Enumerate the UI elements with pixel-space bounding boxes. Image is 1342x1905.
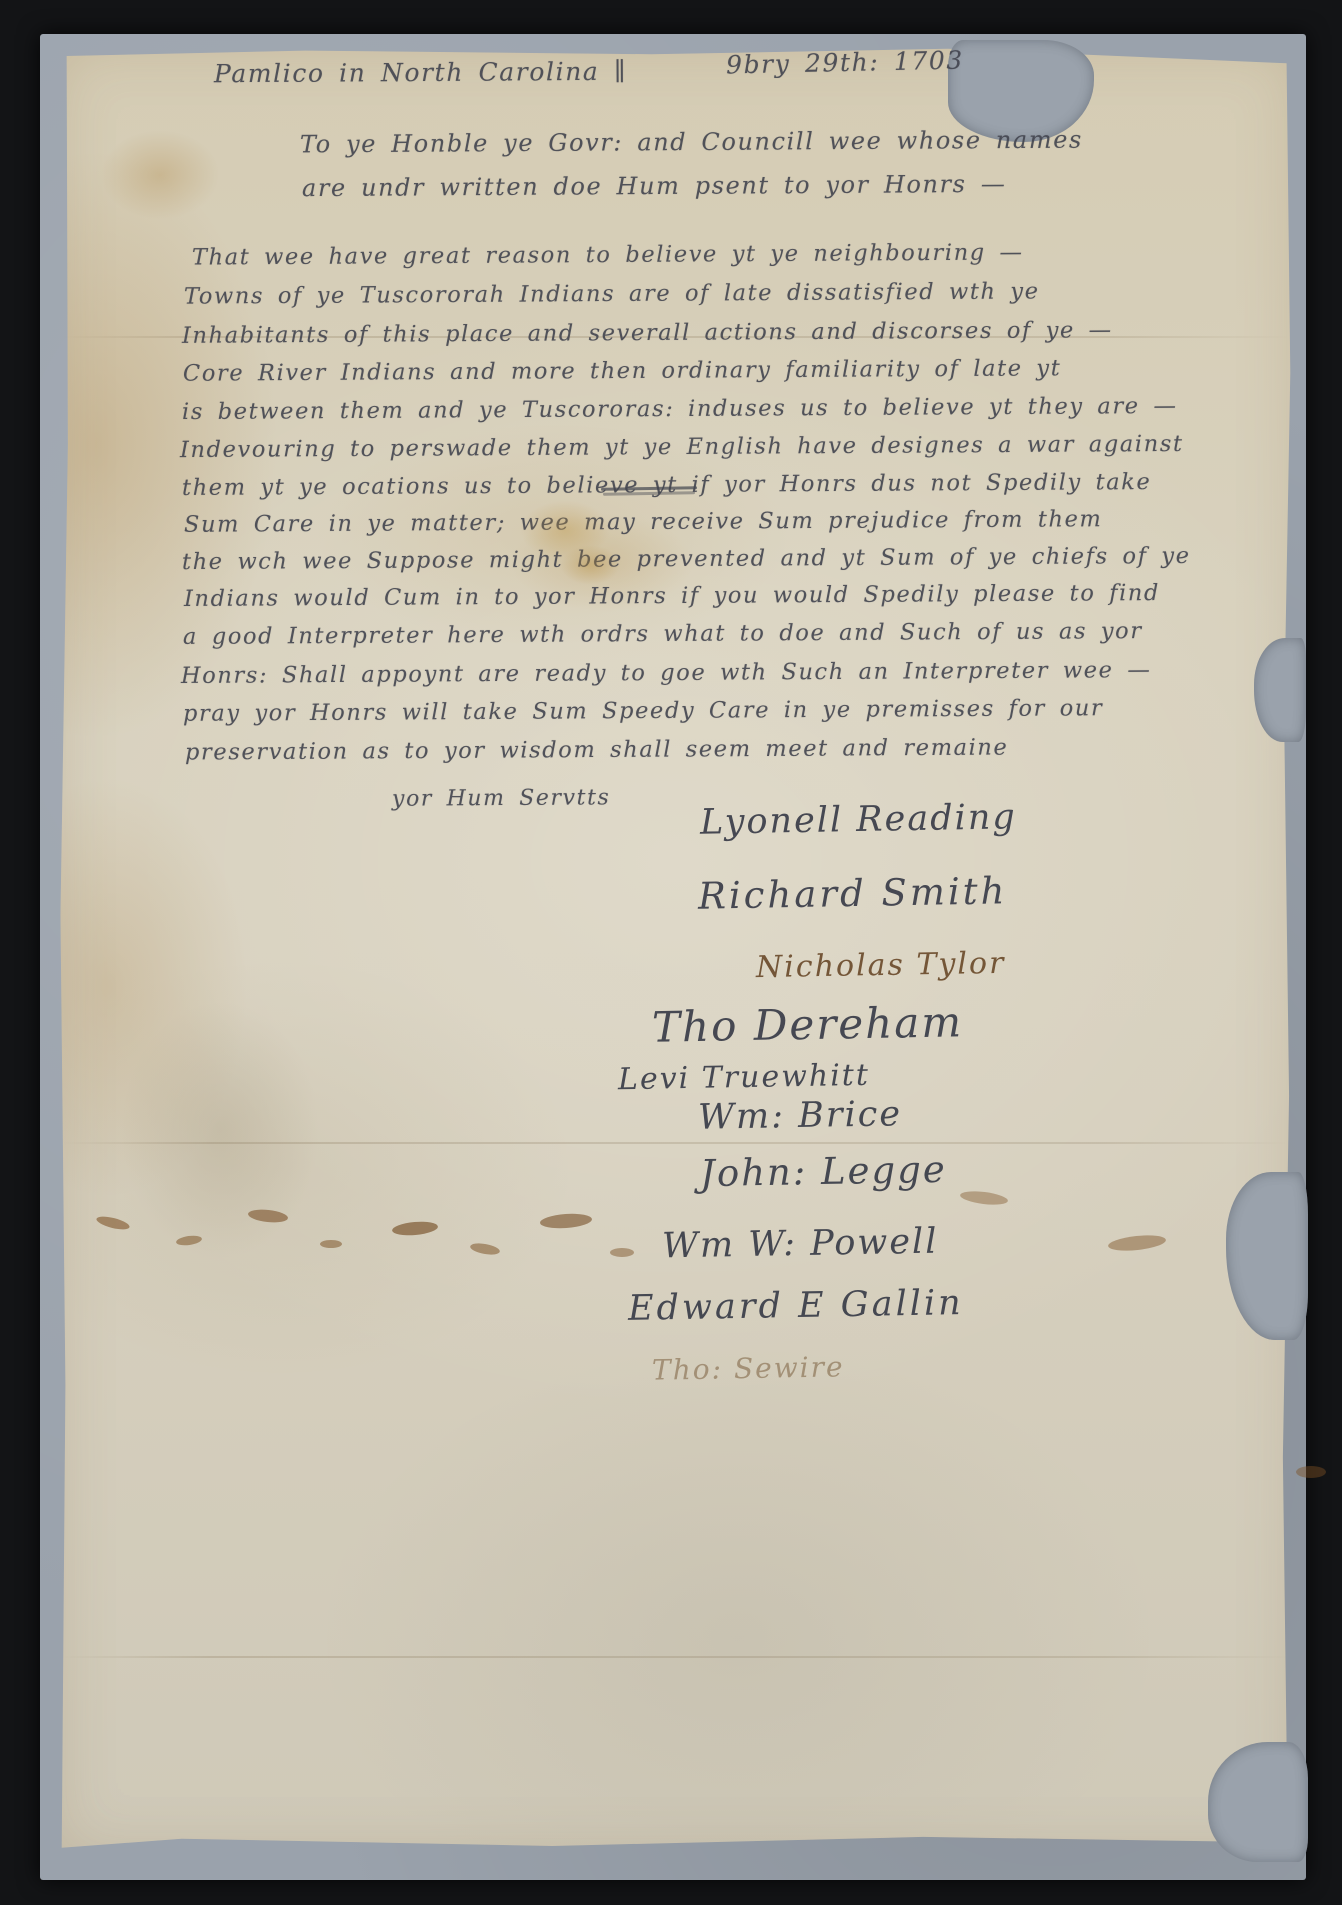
- signature: John: Legge: [700, 1148, 947, 1195]
- ink-stain: [320, 1240, 342, 1248]
- signature: Edward E Gallin: [628, 1283, 964, 1329]
- photograph-stage: Pamlico in North Carolina ∥ 9bry 29th: 1…: [0, 0, 1342, 1905]
- letter-line: That wee have great reason to believe yt…: [192, 239, 1024, 270]
- place-line: Pamlico in North Carolina ∥: [214, 57, 627, 89]
- stain: [120, 1000, 320, 1260]
- signature: Tho: Sewire: [652, 1350, 845, 1386]
- date-line: 9bry 29th: 1703: [726, 46, 964, 80]
- closing-line: yor Hum Servtts: [392, 785, 611, 811]
- letter-line: Core River Indians and more then ordinar…: [183, 355, 1062, 386]
- torn-edge-patch: [1254, 638, 1306, 742]
- ink-stain: [1296, 1466, 1326, 1478]
- signature: Wm: Brice: [698, 1094, 903, 1138]
- signature: Nicholas Tylor: [756, 946, 1006, 985]
- stain: [560, 545, 620, 585]
- signature: Lyonell Reading: [700, 797, 1017, 843]
- signature: Tho Dereham: [652, 997, 964, 1051]
- ink-stain: [610, 1248, 634, 1257]
- salutation-line: To ye Honble ye Govr: and Councill wee w…: [300, 126, 1083, 159]
- letter-line: preservation as to yor wisdom shall seem…: [185, 734, 1009, 765]
- salutation-line: are undr written doe Hum psent to yor Ho…: [302, 170, 1007, 202]
- fold-crease: [62, 1656, 1290, 1658]
- signature: Wm W: Powell: [662, 1222, 939, 1267]
- letter-line: Towns of ye Tuscororah Indians are of la…: [184, 278, 1040, 309]
- stain: [100, 130, 220, 220]
- signature: Levi Truewhitt: [618, 1058, 870, 1097]
- signature: Richard Smith: [698, 869, 1008, 917]
